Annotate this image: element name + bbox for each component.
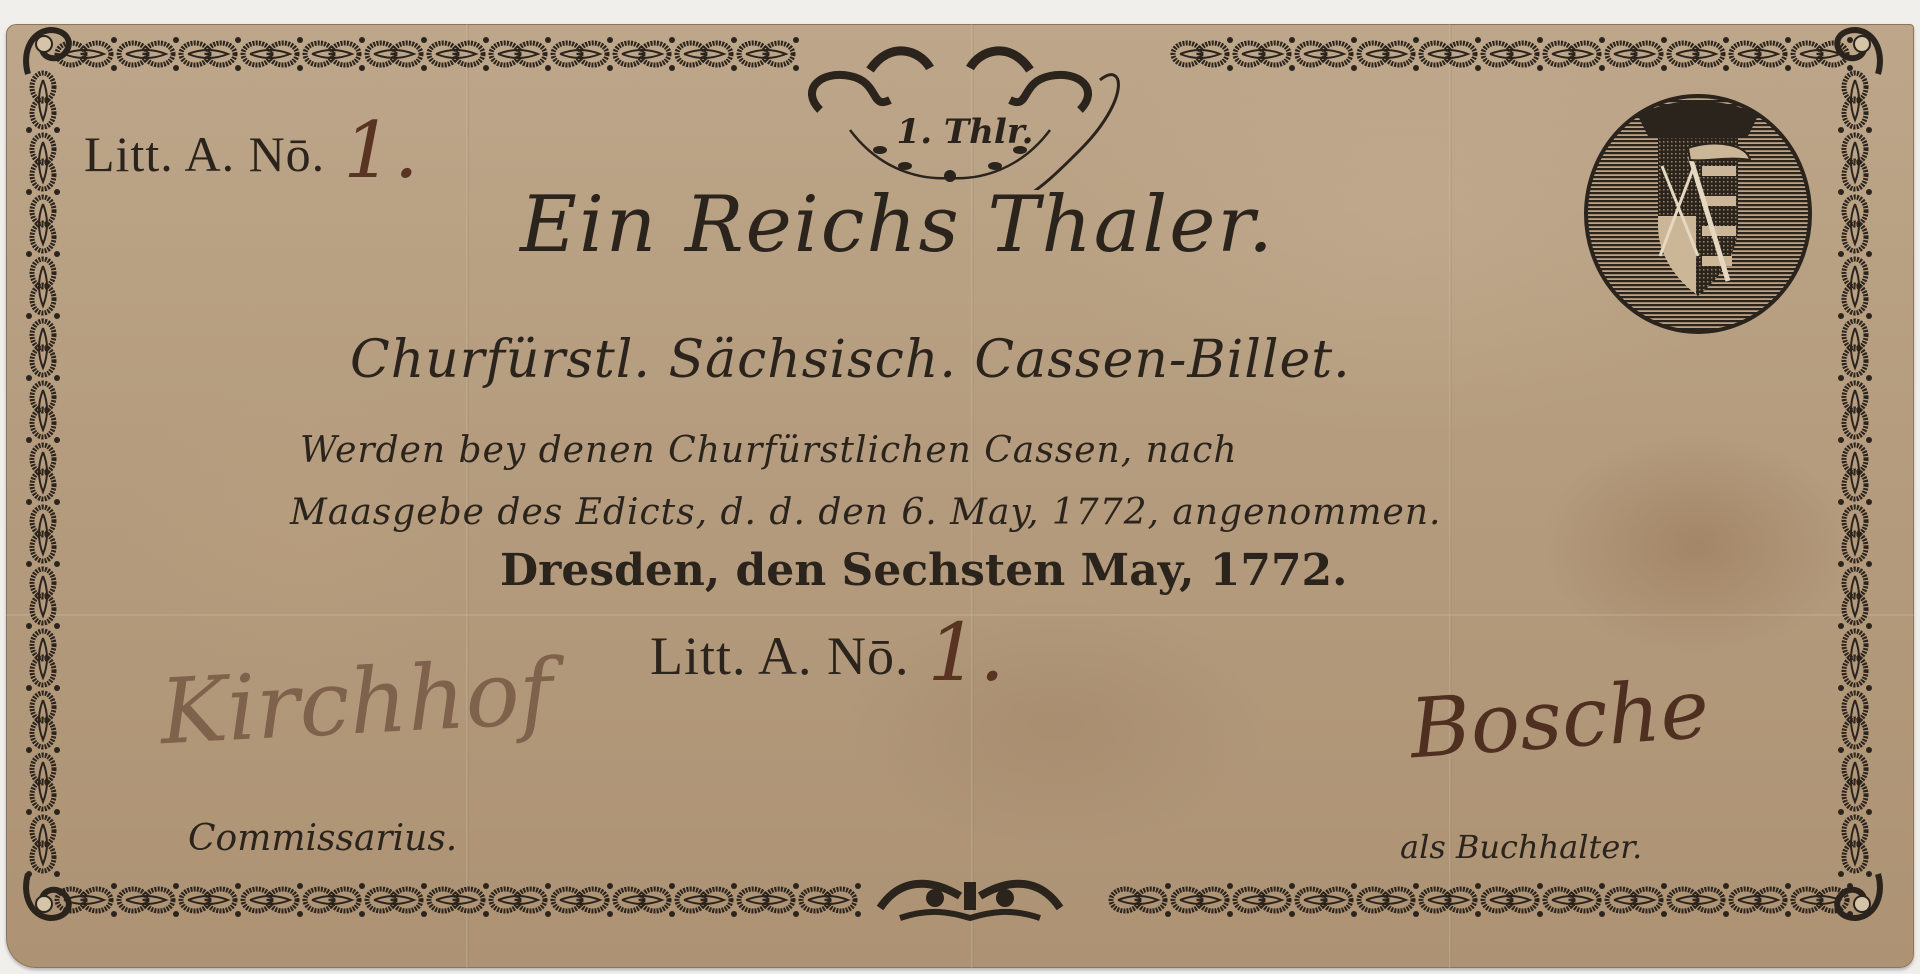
signatory-role-left: Commissarius. xyxy=(188,818,457,859)
ornamental-border-left xyxy=(18,60,68,880)
place-and-date: Dresden, den Sechsten May, 1772. xyxy=(500,545,1348,596)
corner-ornament-icon xyxy=(1826,864,1886,924)
note-subtitle: Churfürstl. Sächsisch. Cassen-Billet. xyxy=(350,330,1450,390)
serial-printed: Litt. A. Nō. xyxy=(650,626,910,686)
body-text-line: Maasgebe des Edicts, d. d. den 6. May, 1… xyxy=(290,492,1441,533)
note-title: Ein Reichs Thaler. xyxy=(520,180,1400,270)
fold-crease xyxy=(1449,24,1452,968)
bottom-cartouche-ornament-icon xyxy=(870,868,1070,924)
serial-handwritten: 1. xyxy=(343,106,419,196)
denomination-label: 1. Thlr. xyxy=(890,112,1040,152)
corner-ornament-icon xyxy=(20,864,80,924)
body-text-line: Werden bey denen Churfürstlichen Cassen,… xyxy=(300,430,1238,471)
coat-of-arms-seal-icon xyxy=(1578,76,1818,336)
serial-printed: Litt. A. Nō. xyxy=(84,126,325,182)
serial-handwritten: 1. xyxy=(928,606,1006,699)
signatory-role-right: als Buchhalter. xyxy=(1400,828,1642,866)
serial-number-center: Litt. A. Nō.1. xyxy=(650,600,1006,693)
corner-ornament-icon xyxy=(20,24,80,84)
ornamental-border-right xyxy=(1830,60,1880,880)
corner-ornament-icon xyxy=(1826,24,1886,84)
signature-left: Kirchhof xyxy=(158,640,556,765)
serial-number-top: Litt. A. Nō.1. xyxy=(84,100,420,190)
